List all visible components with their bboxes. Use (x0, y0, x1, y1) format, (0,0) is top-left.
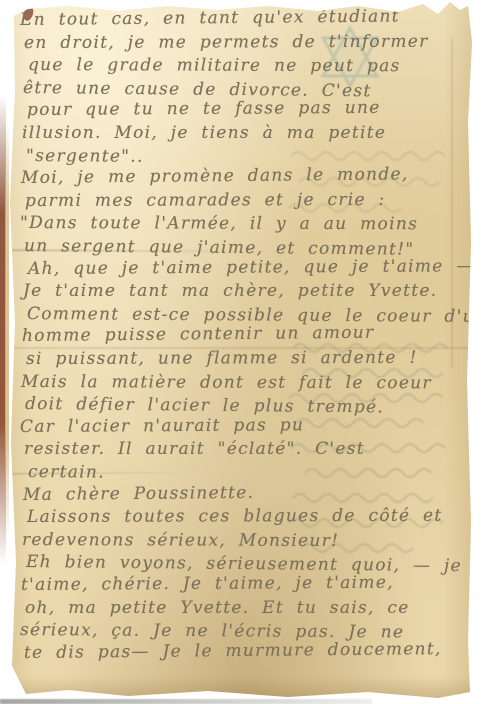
handwriting-text: En tout cas, en tant qu'ex étudianten dr… (8, 2, 476, 702)
handwritten-line: certain. (28, 462, 105, 482)
handwritten-line: parmi mes camarades et je crie : (25, 190, 386, 211)
handwritten-line: Car l'acier n'aurait pas pu (20, 415, 304, 437)
handwritten-line: que le grade militaire ne peut pas (28, 55, 401, 76)
handwritten-line: illusion. Moi, je tiens à ma petite (22, 123, 386, 143)
handwritten-line: oh, ma petite Yvette. Et tu sais, ce (25, 598, 410, 618)
handwritten-line: Ma chère Poussinette. (23, 482, 255, 504)
handwritten-line: En tout cas, en tant qu'ex étudiant (20, 6, 400, 30)
handwritten-line: si puissant, une flamme si ardente ! (26, 348, 418, 369)
handwritten-line: en droit, je me permets de t'informer (24, 31, 429, 52)
handwritten-line: te dis pas— Je le murmure doucement, (24, 639, 442, 663)
handwritten-line: t'aime, chérie. Je t'aime, je t'aime, (21, 573, 394, 595)
handwritten-line: Moi, je me promène dans le monde, (21, 165, 409, 189)
handwritten-line: homme puisse contenir un amour (22, 323, 375, 346)
adjacent-page-edge-highlight (5, 120, 9, 540)
handwritten-line: Je t'aime tant ma chère, petite Yvette. (23, 281, 438, 301)
scanned-letter-page: En tout cas, en tant qu'ex étudianten dr… (0, 0, 490, 704)
handwritten-line: pour que tu ne te fasse pas une (27, 98, 381, 120)
handwritten-line: resister. Il aurait "éclaté". C'est (24, 439, 365, 459)
handwritten-line: "sergente".. (26, 146, 144, 167)
handwritten-line: doit défier l'acier le plus trempé. (25, 394, 384, 417)
handwritten-line: Ah, que je t'aime petite, que je t'aime … (28, 256, 475, 279)
handwritten-line: redevenons sérieux, Monsieur! (22, 530, 339, 551)
handwritten-line: Laissons toutes ces blagues de côté et (27, 506, 443, 527)
scanner-shadow (0, 699, 372, 704)
letter-paper: En tout cas, en tant qu'ex étudianten dr… (8, 2, 476, 702)
handwritten-line: Mais la matière dont est fait le coeur (21, 372, 432, 393)
handwritten-line: "Dans toute l'Armée, il y a au moins (20, 213, 418, 234)
